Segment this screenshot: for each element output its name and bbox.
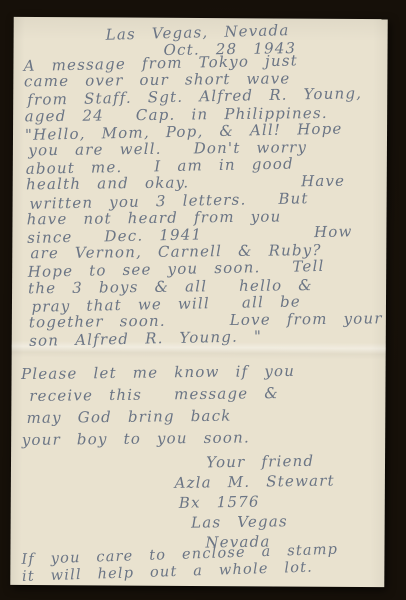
letter-paper: Las Vegas, Nevada Oct. 28 1943 A message… bbox=[10, 17, 387, 587]
letter-postscript: If you care to enclose a stampit will he… bbox=[21, 540, 376, 584]
letter-signature-line: Bx 1576 bbox=[179, 490, 377, 513]
letter-body: A message from Tokyo justcame over our s… bbox=[23, 51, 385, 351]
letter-closing-line: your boy to you soon. bbox=[22, 425, 378, 451]
letter-signature: Your friendAzla M. StewartBx 1576Las Veg… bbox=[168, 450, 377, 553]
letter-signature-line: Your friend bbox=[206, 450, 376, 473]
letter-closing: Please let me know if youreceive this me… bbox=[21, 359, 378, 451]
letter-signature-line: Azla M. Stewart bbox=[174, 470, 376, 493]
letter-photo: Las Vegas, Nevada Oct. 28 1943 A message… bbox=[0, 0, 406, 600]
letter-signature-line: Las Vegas bbox=[191, 510, 377, 533]
